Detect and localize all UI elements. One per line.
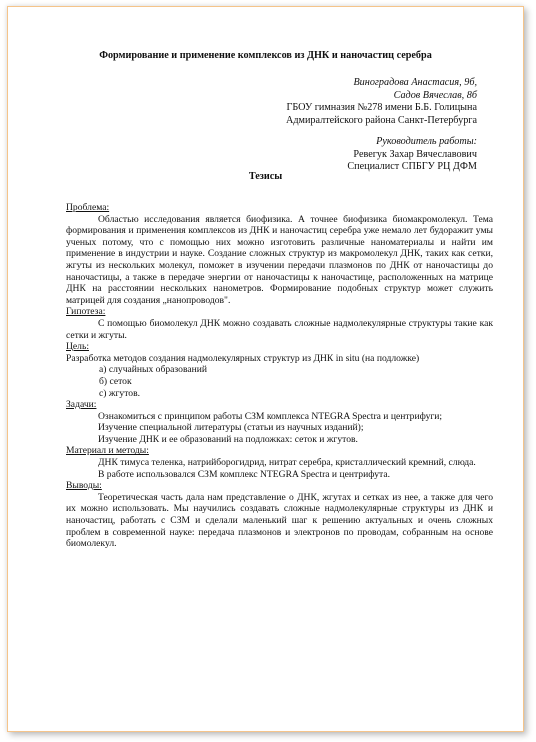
- goal-item: а) случайных образований: [66, 364, 493, 376]
- supervisor-block: Руководитель работы: Ревегук Захар Вячес…: [347, 136, 477, 174]
- document-title: Формирование и применение комплексов из …: [8, 50, 523, 61]
- hypothesis-heading: Гипотеза:: [66, 306, 493, 318]
- task-item: Изучение ДНК и ее образований на подложк…: [66, 434, 493, 446]
- author-block: Виноградова Анастасия, 9б, Садов Вячесла…: [286, 77, 477, 127]
- theses-heading: Тезисы: [8, 171, 523, 182]
- materials-heading: Материал и методы:: [66, 445, 493, 457]
- supervisor-name: Ревегук Захар Вячеславович: [347, 149, 477, 162]
- materials-equipment-text: В работе использовался СЗМ комплекс NTEG…: [66, 469, 493, 481]
- problem-heading: Проблема:: [66, 202, 493, 214]
- document-page: Формирование и применение комплексов из …: [7, 6, 524, 732]
- goal-text: Разработка методов создания надмолекуляр…: [66, 353, 493, 365]
- materials-text: ДНК тимуса теленка, натрийборогидрид, ни…: [66, 457, 493, 469]
- goal-heading: Цель:: [66, 341, 493, 353]
- author-1: Виноградова Анастасия, 9б,: [286, 77, 477, 90]
- task-item: Изучение специальной литературы (статьи …: [66, 422, 493, 434]
- supervisor-label: Руководитель работы:: [347, 136, 477, 149]
- tasks-heading: Задачи:: [66, 399, 493, 411]
- conclusions-heading: Выводы:: [66, 480, 493, 492]
- author-2: Садов Вячеслав, 8б: [286, 90, 477, 103]
- school-line-2: Адмиралтейского района Санкт-Петербурга: [286, 115, 477, 128]
- task-item: Ознакомиться с принципом работы СЗМ комп…: [66, 411, 493, 423]
- document-body: Проблема: Областью исследования является…: [66, 202, 493, 550]
- conclusions-text: Теоретическая часть дала нам представлен…: [66, 492, 493, 550]
- goal-item: б) сеток: [66, 376, 493, 388]
- hypothesis-text: С помощью биомолекул ДНК можно создавать…: [66, 318, 493, 341]
- problem-text: Областью исследования является биофизика…: [66, 214, 493, 307]
- school-line-1: ГБОУ гимназия №278 имени Б.Б. Голицына: [286, 102, 477, 115]
- goal-item: с) жгутов.: [66, 388, 493, 400]
